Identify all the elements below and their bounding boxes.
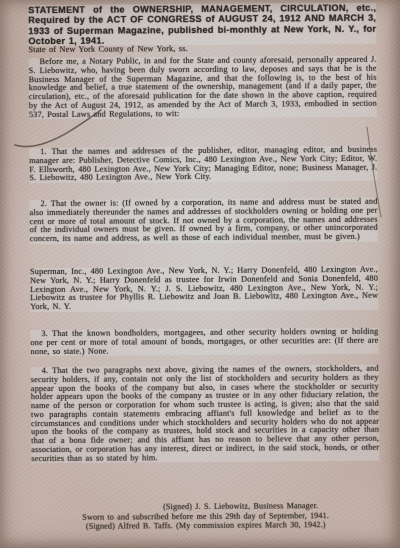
notary-paragraph: Before me, a Notary Public, in and for t… [28,56,376,120]
notary-signature-line: (Signed) Alfred B. Taffs. (My commission… [32,521,380,532]
owners-list-paragraph: Superman, Inc., 480 Lexington Ave., New … [30,266,378,312]
document-page: STATEMENT of the OWNERSHIP, MANAGEMENT, … [0,0,400,548]
heading: STATEMENT of the OWNERSHIP, MANAGEMENT, … [28,3,376,47]
paragraph-3: 3. That the known bondholders, mortgagee… [30,328,378,357]
state-county-line: State of New York County of New York, ss… [28,44,376,55]
paragraph-2: 2. That the owner is: (If owned by a cor… [29,198,377,244]
paragraph-4: 4. That the two paragraphs next above, g… [31,365,380,464]
document-content: STATEMENT of the OWNERSHIP, MANAGEMENT, … [0,0,400,548]
paragraph-1: 1. That the names and addresses of the p… [29,146,377,183]
